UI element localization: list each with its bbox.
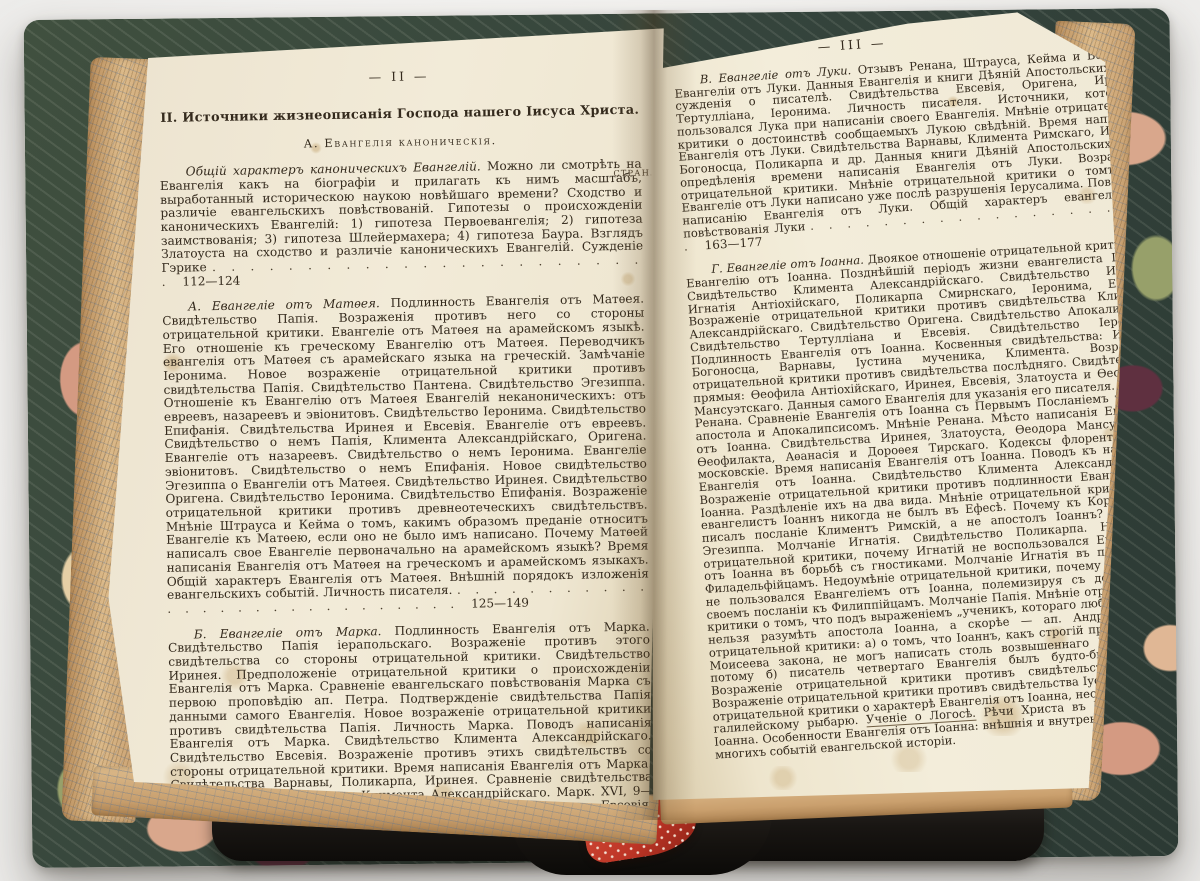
photo-of-open-book: — II — СТРАН. II. Источники жизнеописані… (0, 0, 1200, 881)
page-range: 125—149 (459, 596, 529, 611)
chapter-title: II. Источники жизнеописанія Господа наше… (159, 103, 641, 125)
toc-entry-text: Двоякое отношеніе отрицательной критики … (686, 235, 1122, 736)
book-page-right: — III — СТРАН. В. Евангеліе отъ Луки. От… (646, 6, 1122, 808)
left-page-text-block: — II — СТРАН. II. Источники жизнеописані… (158, 66, 654, 822)
right-page-text-block: — III — СТРАН. В. Евангеліе отъ Луки. От… (672, 21, 1122, 761)
toc-entry-john: Г. Евангеліе отъ Іоанна. Двоякое отношен… (685, 236, 1122, 761)
page-range: 112—124 (170, 273, 240, 288)
book-page-left: — II — СТРАН. II. Источники жизнеописані… (100, 22, 666, 822)
toc-entry-luke: В. Евангеліе отъ Луки. Отзывъ Ренана, Шт… (674, 46, 1122, 253)
section-heading: А. Евангелія каноническія. (159, 132, 641, 154)
left-page-number-header: — II — (158, 66, 640, 88)
toc-entry-matthew: А. Евангеліе отъ Матѳея. Подлинность Ева… (162, 293, 649, 617)
toc-entry-general-character: Общій характеръ каноническихъ Евангелій.… (160, 158, 644, 290)
toc-entry-text: Подлинность Евангелія отъ Матѳея. Свидѣт… (162, 292, 649, 602)
